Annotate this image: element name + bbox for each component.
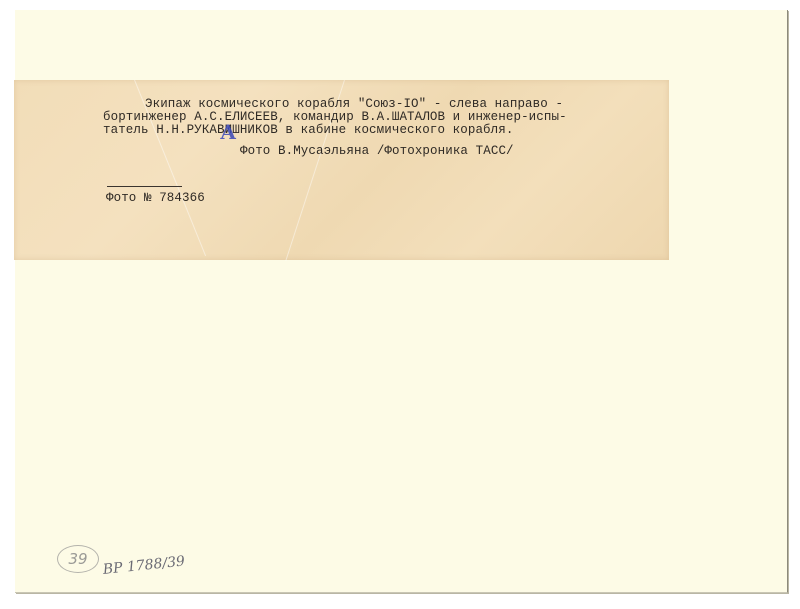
handwritten-correction: А [220,120,236,144]
circled-number: 39 [57,545,99,573]
photo-number: Фото № 784366 [106,192,205,205]
caption-line-3: татель Н.Н.РУКАВИШНИКОВ в кабине космиче… [103,124,513,137]
signature-rule [107,186,182,187]
photo-credit: Фото В.Мусаэльяна /Фотохроника ТАСС/ [240,145,514,158]
